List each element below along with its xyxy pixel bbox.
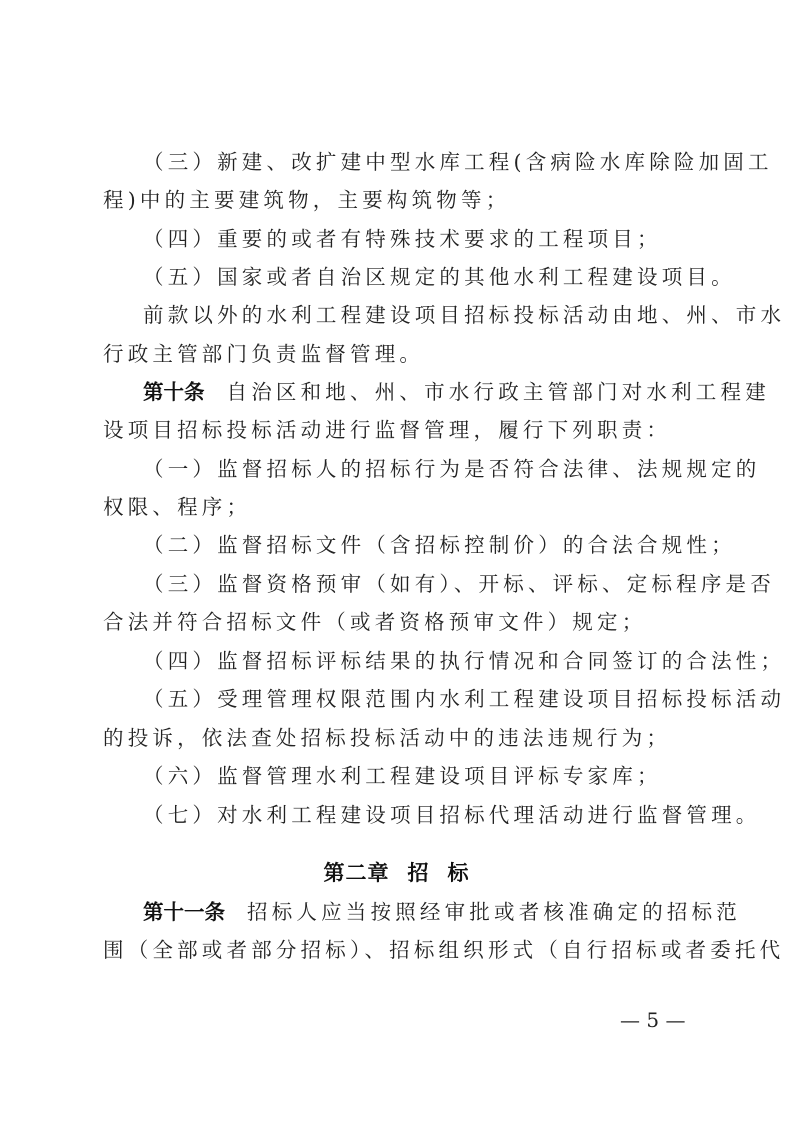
paragraph-line: 权限、程序； — [103, 495, 251, 519]
paragraph-line: 围（全部或者部分招标）、招标组织形式（自行招标或者委托代 — [103, 938, 693, 962]
paragraph-line: 行政主管部门负责监督管理。 — [103, 342, 424, 366]
paragraph-line: （六）监督管理水利工程建设项目评标专家库； — [143, 764, 662, 788]
paragraph-line: （三）监督资格预审（如有）、开标、评标、定标程序是否 — [143, 572, 693, 596]
paragraph-line: （五）受理管理权限范围内水利工程建设项目招标投标活动 — [143, 687, 693, 711]
paragraph-line: （一）监督招标人的招标行为是否符合法律、法规规定的 — [143, 457, 693, 481]
paragraph-line: 合法并符合招标文件（或者资格预审文件）规定； — [103, 610, 646, 634]
document-page: （三）新建、改扩建中型水库工程(含病险水库除险加固工 程)中的主要建筑物，主要构… — [0, 0, 793, 1122]
chapter-title-char: 标 — [448, 861, 470, 885]
article-label: 第十一条 — [143, 900, 225, 924]
paragraph-line: （四）监督招标评标结果的执行情况和合同签订的合法性； — [143, 649, 693, 673]
paragraph-line: （三）新建、改扩建中型水库工程(含病险水库除险加固工 — [143, 150, 693, 174]
article-label: 第十条 — [143, 380, 205, 404]
chapter-heading: 第二章招标 — [0, 861, 793, 885]
chapter-title-char: 招 — [408, 861, 430, 885]
paragraph-line: 程)中的主要建筑物，主要构筑物等； — [103, 188, 510, 212]
page-number: — 5 — — [620, 1008, 685, 1032]
article-text: 招标人应当按照经审批或者核准确定的招标范 — [247, 900, 741, 924]
paragraph-line: （七）对水利工程建设项目招标代理活动进行监督管理。 — [143, 803, 761, 827]
paragraph-line: （二）监督招标文件（含招标控制价）的合法合规性； — [143, 533, 736, 557]
article-text: 自治区和地、州、市水行政主管部门对水利工程建 — [227, 380, 770, 404]
chapter-number: 第二章 — [324, 861, 390, 885]
article-11-line: 第十一条招标人应当按照经审批或者核准确定的招标范 — [143, 900, 693, 924]
paragraph-line: （五）国家或者自治区规定的其他水利工程建设项目。 — [143, 265, 736, 289]
paragraph-line: 前款以外的水利工程建设项目招标投标活动由地、州、市水 — [143, 303, 693, 327]
article-10-line: 第十条自治区和地、州、市水行政主管部门对水利工程建 — [143, 380, 693, 404]
paragraph-line: 的投诉，依法查处招标投标活动中的违法违规行为； — [103, 726, 671, 750]
paragraph-line: （四）重要的或者有特殊技术要求的工程项目； — [143, 227, 662, 251]
paragraph-line: 设项目招标投标活动进行监督管理，履行下列职责： — [103, 418, 671, 442]
